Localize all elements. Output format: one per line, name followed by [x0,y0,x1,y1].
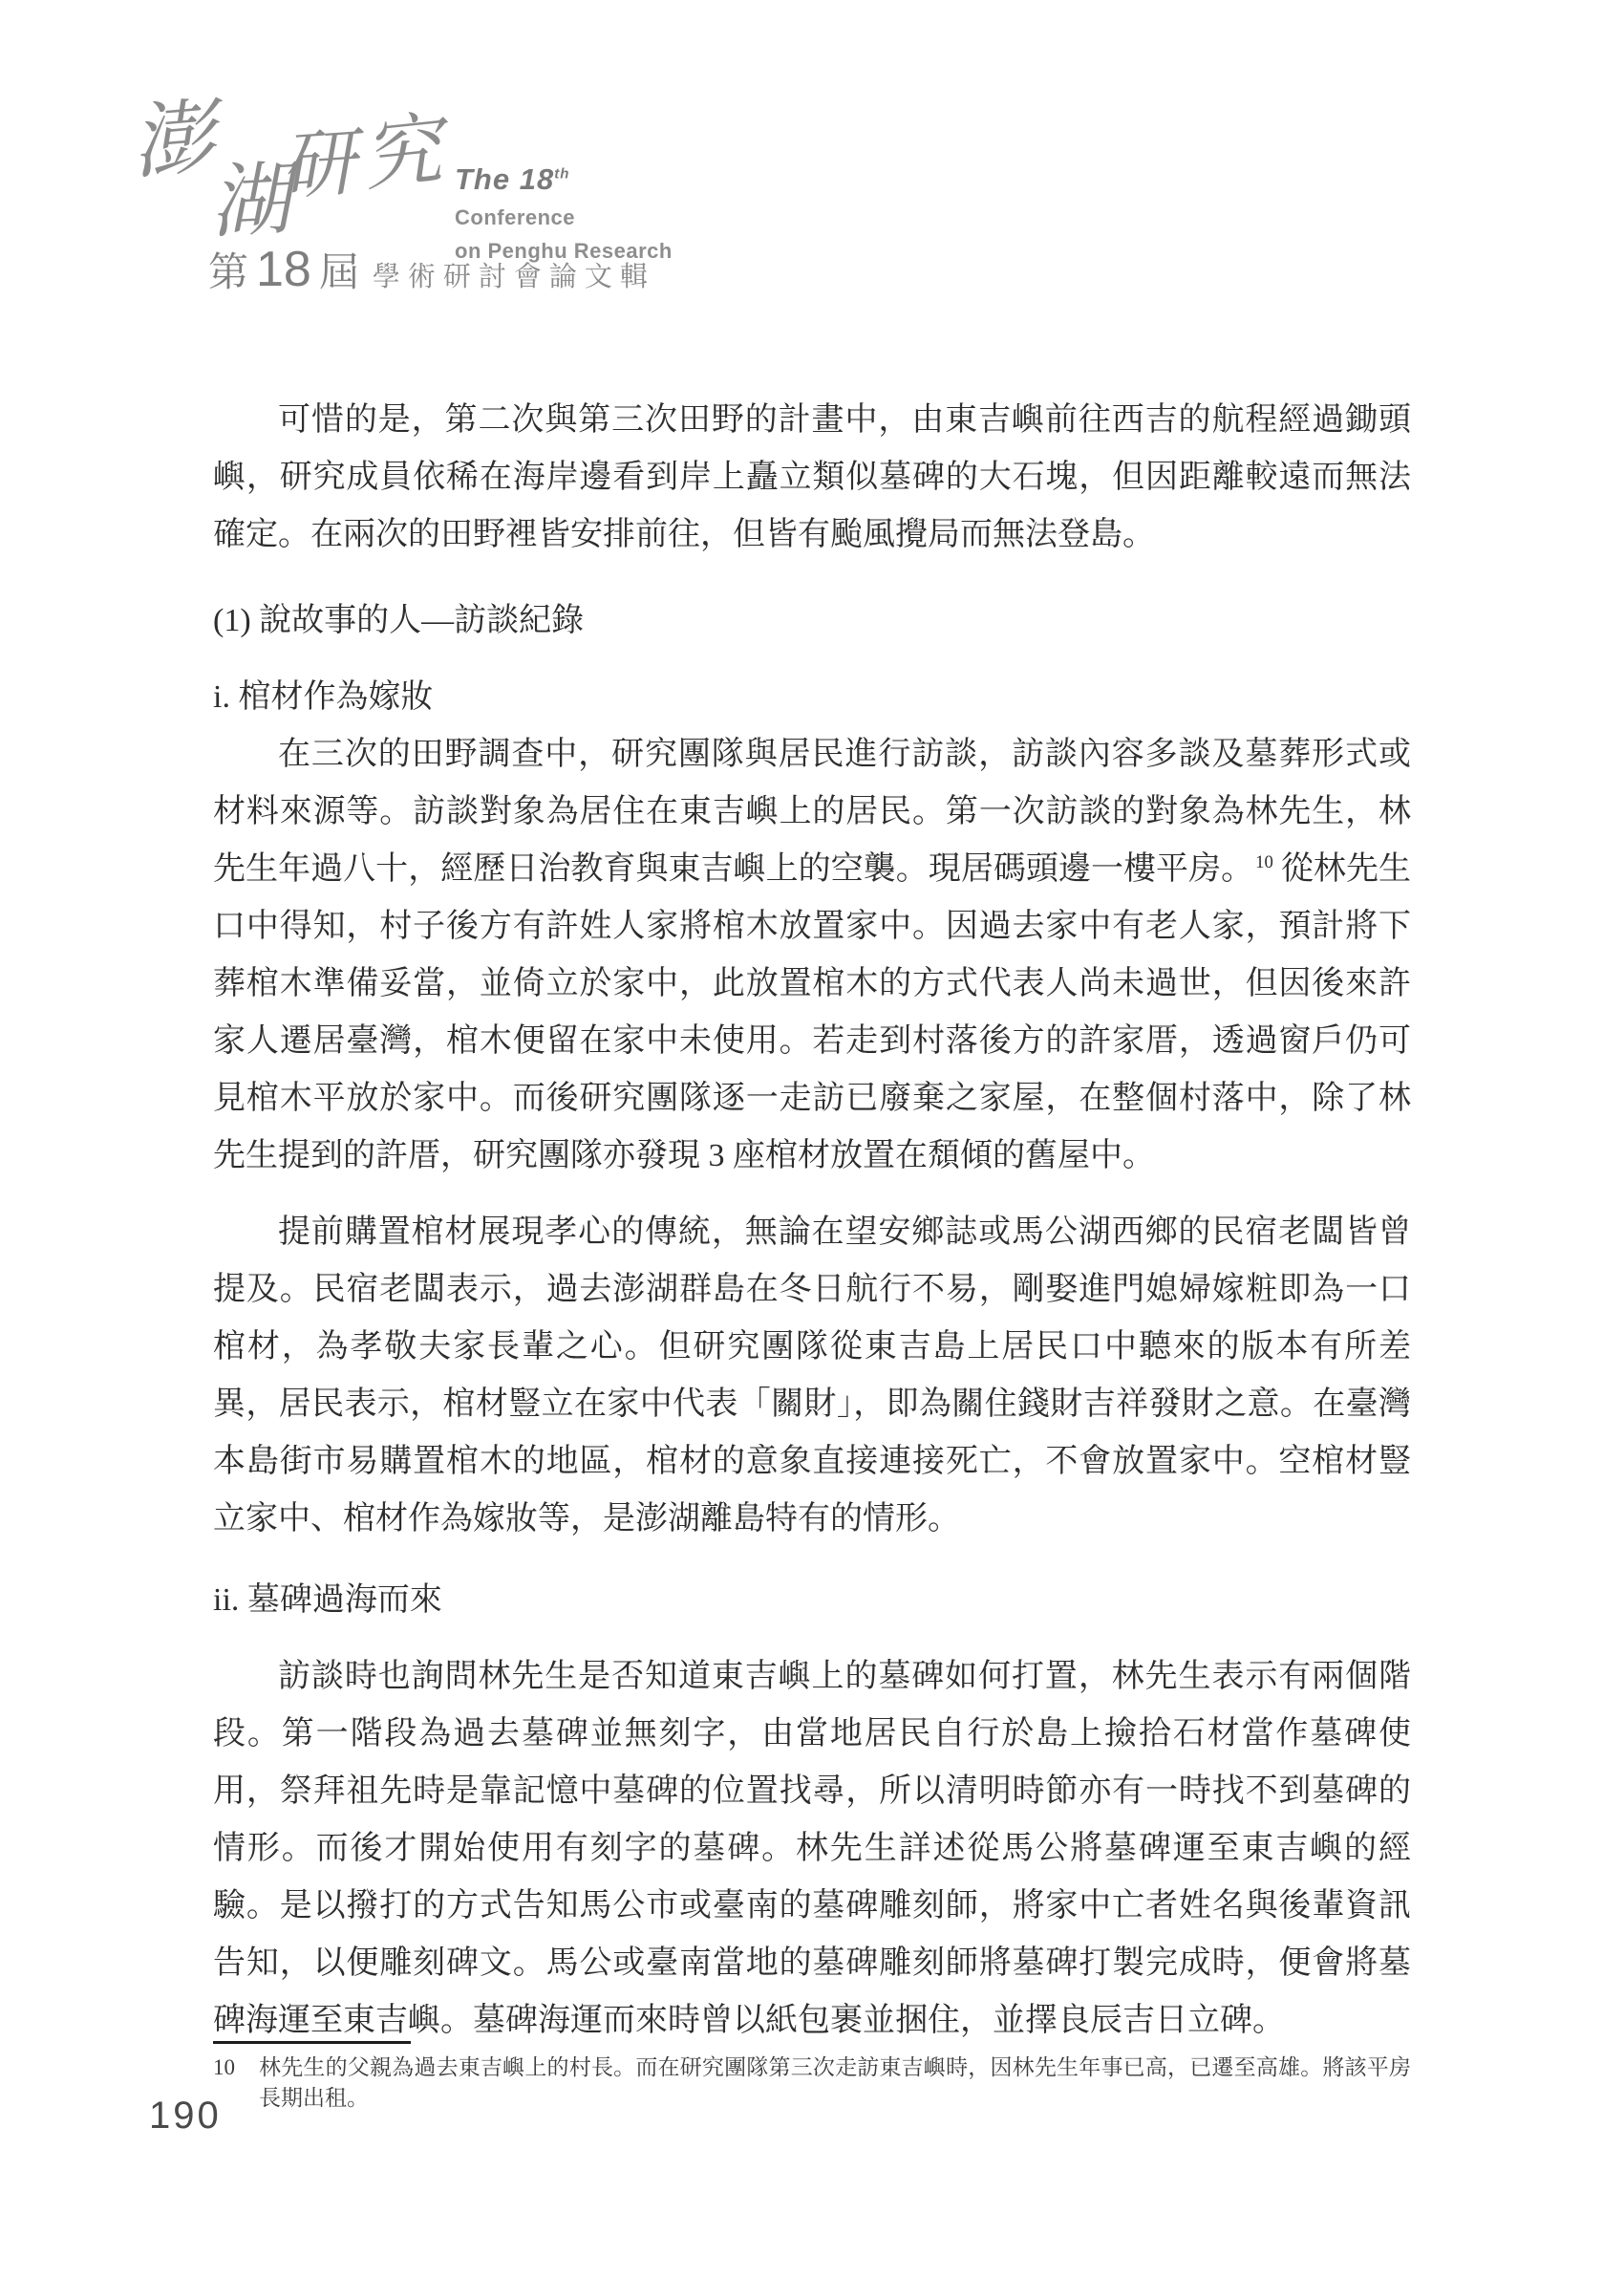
series-suffix: 屆 [319,241,359,298]
logo-calligraphy-char-jiu: 究 [359,111,445,197]
paragraph-text-before-ref: 在三次的田野調查中，研究團隊與居民進行訪談，訪談內容多談及墓葬形式或材料來源等。… [213,737,1411,887]
series-prefix: 第 [208,241,248,298]
series-proceedings-title: 學術研討會論文輯 [373,255,655,294]
logo-calligraphy-char-peng: 澎 [128,96,217,184]
edition-ordinal-suffix: th [554,166,569,183]
footnote-number: 10 [213,2052,235,2083]
paragraph-text-after-ref: 從林先生口中得知，村子後方有許姓人家將棺木放置家中。因過去家中有老人家，預計將下… [213,851,1411,1173]
series-number: 18 [256,241,311,298]
footnote-area: 10 林先生的父親為過去東吉嶼上的村長。而在研究團隊第三次走訪東吉嶼時，因林先生… [213,2041,1411,2114]
edition-the-18th: The 18th [455,162,673,197]
article-body: 可惜的是，第二次與第三次田野的計畫中，由東吉嶼前往西吉的航程經過鋤頭嶼，研究成員… [213,392,1411,2050]
subsection-heading-coffin-dowry: i. 棺材作為嫁妝 [213,669,1411,726]
document-page: 澎 湖 研 究 The 18th Conference on Penghu Re… [0,0,1624,2278]
logo-calligraphy-char-hu: 湖 [208,161,292,245]
subsection-heading-tombstone-oversea: ii. 墓碑過海而來 [213,1572,1411,1629]
body-paragraph-tombstone: 訪談時也詢問林先生是否知道東吉嶼上的墓碑如何打置，林先生表示有兩個階段。第一階段… [213,1648,1411,2050]
logo-calligraphy-char-yan: 研 [278,125,357,204]
footnote-reference-10: 10 [1255,852,1273,872]
body-paragraph-interviews: 在三次的田野調查中，研究團隊與居民進行訪談，訪談內容多談及墓葬形式或材料來源等。… [213,726,1411,1185]
section-heading-storytellers: (1) 說故事的人—訪談紀錄 [213,592,1411,650]
footnote: 10 林先生的父親為過去東吉嶼上的村長。而在研究團隊第三次走訪東吉嶼時，因林先生… [213,2052,1411,2114]
series-title-line: 第 18 屆 學術研討會論文輯 [208,241,655,298]
edition-number-text: The 18 [455,162,554,196]
body-paragraph-fieldwork: 可惜的是，第二次與第三次田野的計畫中，由東吉嶼前往西吉的航程經過鋤頭嶼，研究成員… [213,392,1411,564]
footnote-text: 林先生的父親為過去東吉嶼上的村長。而在研究團隊第三次走訪東吉嶼時，因林先生年事已… [259,2055,1411,2110]
edition-conference-word: Conference [455,205,673,230]
footnote-separator-rule [213,2041,411,2044]
page-number: 190 [149,2095,222,2138]
body-paragraph-coffin-tradition: 提前購置棺材展現孝心的傳統，無論在望安鄉誌或馬公湖西鄉的民宿老闆皆曾提及。民宿老… [213,1204,1411,1548]
